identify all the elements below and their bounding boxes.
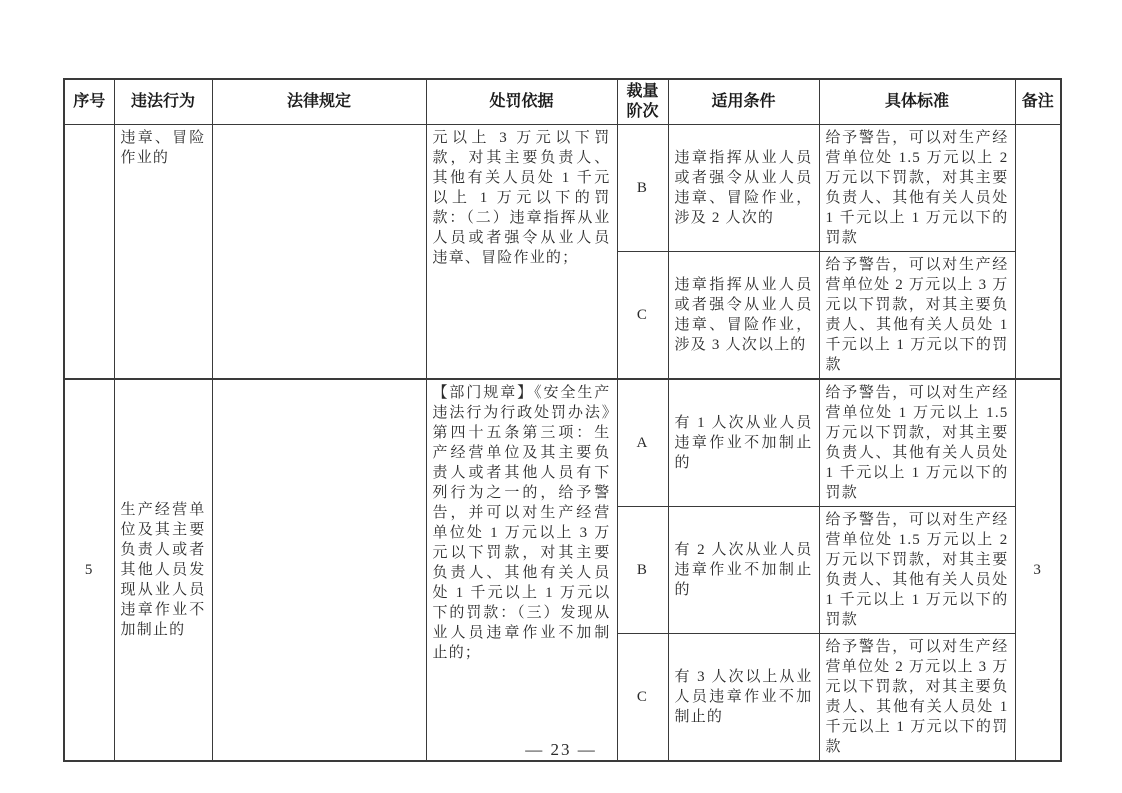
cell-violation-behavior: 违章、冒险作业的 bbox=[114, 125, 212, 380]
column-header-seq: 序号 bbox=[64, 79, 114, 125]
cell-discretion-level: A bbox=[617, 379, 668, 507]
header-row: 序号 违法行为 法律规定 处罚依据 裁量阶次 适用条件 具体标准 备注 bbox=[64, 79, 1061, 125]
column-header-legal-provision: 法律规定 bbox=[212, 79, 426, 125]
cell-specific-standard: 给予警告，可以对生产经营单位处 2 万元以上 3 万元以下罚款，对其主要负责人、… bbox=[819, 252, 1015, 380]
cell-penalty-basis: 【部门规章】《安全生产违法行为行政处罚办法》第四十五条第三项：生产经营单位及其主… bbox=[426, 379, 617, 761]
cell-seq: 5 bbox=[64, 379, 114, 761]
cell-discretion-level: B bbox=[617, 507, 668, 634]
cell-discretion-level: B bbox=[617, 125, 668, 252]
penalty-standards-table: 序号 违法行为 法律规定 处罚依据 裁量阶次 适用条件 具体标准 备注 违章、冒… bbox=[63, 78, 1062, 762]
cell-legal-provision bbox=[212, 125, 426, 380]
cell-applicable-condition: 违章指挥从业人员或者强令从业人员违章、冒险作业，涉及 3 人次以上的 bbox=[668, 252, 819, 380]
cell-specific-standard: 给予警告，可以对生产经营单位处 1.5 万元以上 2 万元以下罚款，对其主要负责… bbox=[819, 507, 1015, 634]
cell-penalty-basis: 元以上 3 万元以下罚款，对其主要负责人、其他有关人员处 1 千元以上 1 万元… bbox=[426, 125, 617, 380]
column-header-discretion-level: 裁量阶次 bbox=[617, 79, 668, 125]
table-row: 5 生产经营单位及其主要负责人或者其他人员发现从业人员违章作业不加制止的 【部门… bbox=[64, 379, 1061, 507]
cell-discretion-level: C bbox=[617, 252, 668, 380]
cell-applicable-condition: 有 1 人次从业人员违章作业不加制止的 bbox=[668, 379, 819, 507]
column-header-applicable-condition: 适用条件 bbox=[668, 79, 819, 125]
cell-remark bbox=[1015, 125, 1061, 380]
cell-legal-provision bbox=[212, 379, 426, 761]
column-header-penalty-basis: 处罚依据 bbox=[426, 79, 617, 125]
cell-violation-behavior: 生产经营单位及其主要负责人或者其他人员发现从业人员违章作业不加制止的 bbox=[114, 379, 212, 761]
column-header-violation: 违法行为 bbox=[114, 79, 212, 125]
cell-applicable-condition: 有 2 人次从业人员违章作业不加制止的 bbox=[668, 507, 819, 634]
column-header-remark: 备注 bbox=[1015, 79, 1061, 125]
page-number: — 23 — bbox=[0, 740, 1122, 760]
column-header-specific-standard: 具体标准 bbox=[819, 79, 1015, 125]
cell-remark: 3 bbox=[1015, 379, 1061, 761]
document-page: 序号 违法行为 法律规定 处罚依据 裁量阶次 适用条件 具体标准 备注 违章、冒… bbox=[0, 0, 1122, 793]
cell-seq bbox=[64, 125, 114, 380]
cell-specific-standard: 给予警告，可以对生产经营单位处 1.5 万元以上 2 万元以下罚款，对其主要负责… bbox=[819, 125, 1015, 252]
cell-applicable-condition: 违章指挥从业人员或者强令从业人员违章、冒险作业，涉及 2 人次的 bbox=[668, 125, 819, 252]
table-row: 违章、冒险作业的 元以上 3 万元以下罚款，对其主要负责人、其他有关人员处 1 … bbox=[64, 125, 1061, 252]
cell-specific-standard: 给予警告，可以对生产经营单位处 1 万元以上 1.5 万元以下罚款，对其主要负责… bbox=[819, 379, 1015, 507]
